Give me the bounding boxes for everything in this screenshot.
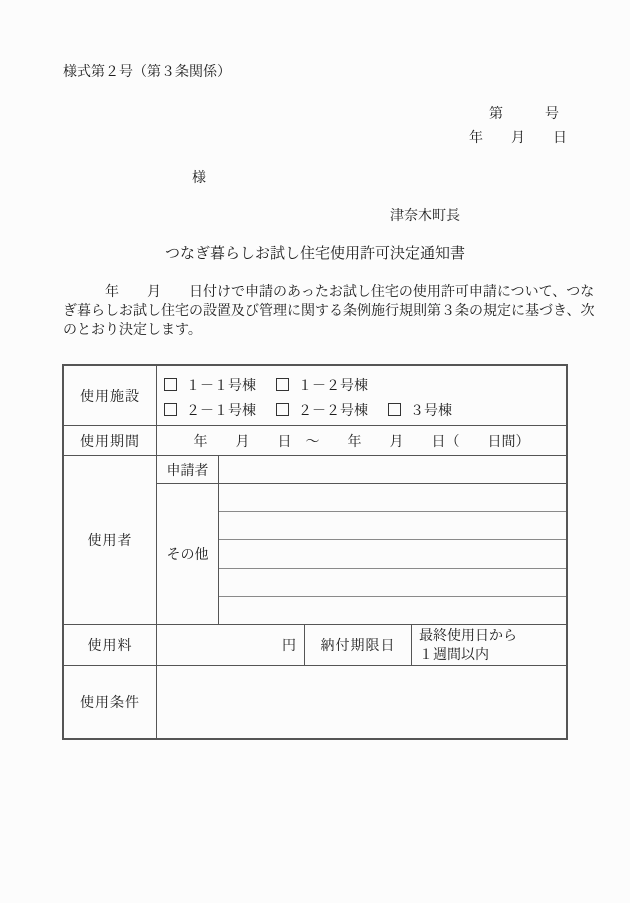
form-number: 様式第２号（第３条関係）	[63, 61, 231, 81]
conditions-value-cell	[157, 666, 566, 738]
facility-option-label: １－２号棟	[298, 375, 368, 395]
table-row-period: 使用期間 年 月 日 ～ 年 月 日（ 日間）	[64, 425, 566, 455]
facility-option: ３号棟	[388, 400, 452, 420]
others-value-cell	[219, 568, 566, 596]
fee-due-value-line: 最終使用日から	[419, 627, 562, 646]
facility-option-label: ３号棟	[410, 400, 452, 420]
facility-option-label: ２－２号棟	[298, 400, 368, 420]
user-others-rows: その他	[157, 484, 566, 624]
others-value-cell	[219, 539, 566, 567]
facility-options-line2: ２－１号棟 ２－２号棟 ３号棟	[164, 397, 566, 422]
others-value-cell	[219, 484, 566, 511]
applicant-label: 申請者	[157, 456, 219, 483]
applicant-value-cell	[219, 456, 566, 483]
period-value: 年 月 日 ～ 年 月 日（ 日間）	[157, 426, 566, 455]
others-value-cells	[219, 484, 566, 624]
checkbox-icon	[276, 378, 289, 391]
checkbox-icon	[276, 403, 289, 416]
table-row-facility: 使用施設 １－１号棟 １－２号棟 ２－１号棟	[64, 366, 566, 425]
facility-options-line1: １－１号棟 １－２号棟	[164, 372, 566, 397]
others-label: その他	[157, 484, 219, 624]
body-line: のとおり決定します。	[63, 321, 594, 340]
body-line: ぎ暮らしお試し住宅の設置及び管理に関する条例施行規則第３条の規定に基づき、次	[63, 302, 594, 321]
user-row-label: 使用者	[64, 456, 157, 624]
others-value-cell	[219, 596, 566, 624]
checkbox-icon	[164, 403, 177, 416]
user-applicant-row: 申請者	[157, 456, 566, 484]
facility-option-label: ２－１号棟	[186, 400, 256, 420]
document-title: つなぎ暮らしお試し住宅使用許可決定通知書	[0, 242, 630, 263]
doc-date-line: 年 月 日	[469, 127, 567, 147]
table-row-conditions: 使用条件	[64, 665, 566, 738]
body-paragraph: 年 月 日付けで申請のあったお試し住宅の使用許可申請について、つな ぎ暮らしお試…	[63, 283, 594, 340]
decision-table: 使用施設 １－１号棟 １－２号棟 ２－１号棟	[62, 364, 568, 740]
fee-row-label: 使用料	[64, 625, 157, 665]
body-line: 年 月 日付けで申請のあったお試し住宅の使用許可申請について、つな	[63, 283, 594, 302]
checkbox-icon	[388, 403, 401, 416]
others-value-cell	[219, 511, 566, 539]
facility-option: １－２号棟	[276, 375, 388, 395]
period-row-label: 使用期間	[64, 426, 157, 455]
facility-row-label: 使用施設	[64, 366, 157, 425]
facility-option: ２－２号棟	[276, 400, 388, 420]
table-row-user: 使用者 申請者 その他	[64, 455, 566, 624]
table-row-fee: 使用料 円 納付期限日 最終使用日から １週間以内	[64, 624, 566, 665]
facility-option-label: １－１号棟	[186, 375, 256, 395]
sender-name: 津奈木町長	[390, 205, 460, 225]
doc-number-line: 第 号	[489, 103, 559, 123]
user-subtable: 申請者 その他	[157, 456, 566, 624]
fee-unit-label: 円	[282, 635, 296, 655]
checkbox-icon	[164, 378, 177, 391]
document-page: 様式第２号（第３条関係） 第 号 年 月 日 様 津奈木町長 つなぎ暮らしお試し…	[0, 0, 630, 903]
fee-amount-cell: 円	[157, 625, 305, 665]
fee-due-date-value: 最終使用日から １週間以内	[412, 625, 566, 665]
conditions-row-label: 使用条件	[64, 666, 157, 738]
addressee-suffix: 様	[192, 167, 206, 187]
facility-options: １－１号棟 １－２号棟 ２－１号棟 ２－２号棟	[157, 366, 566, 425]
facility-option: ２－１号棟	[164, 400, 276, 420]
fee-due-value-line: １週間以内	[419, 646, 562, 665]
facility-option: １－１号棟	[164, 375, 276, 395]
fee-due-date-label: 納付期限日	[305, 625, 412, 665]
